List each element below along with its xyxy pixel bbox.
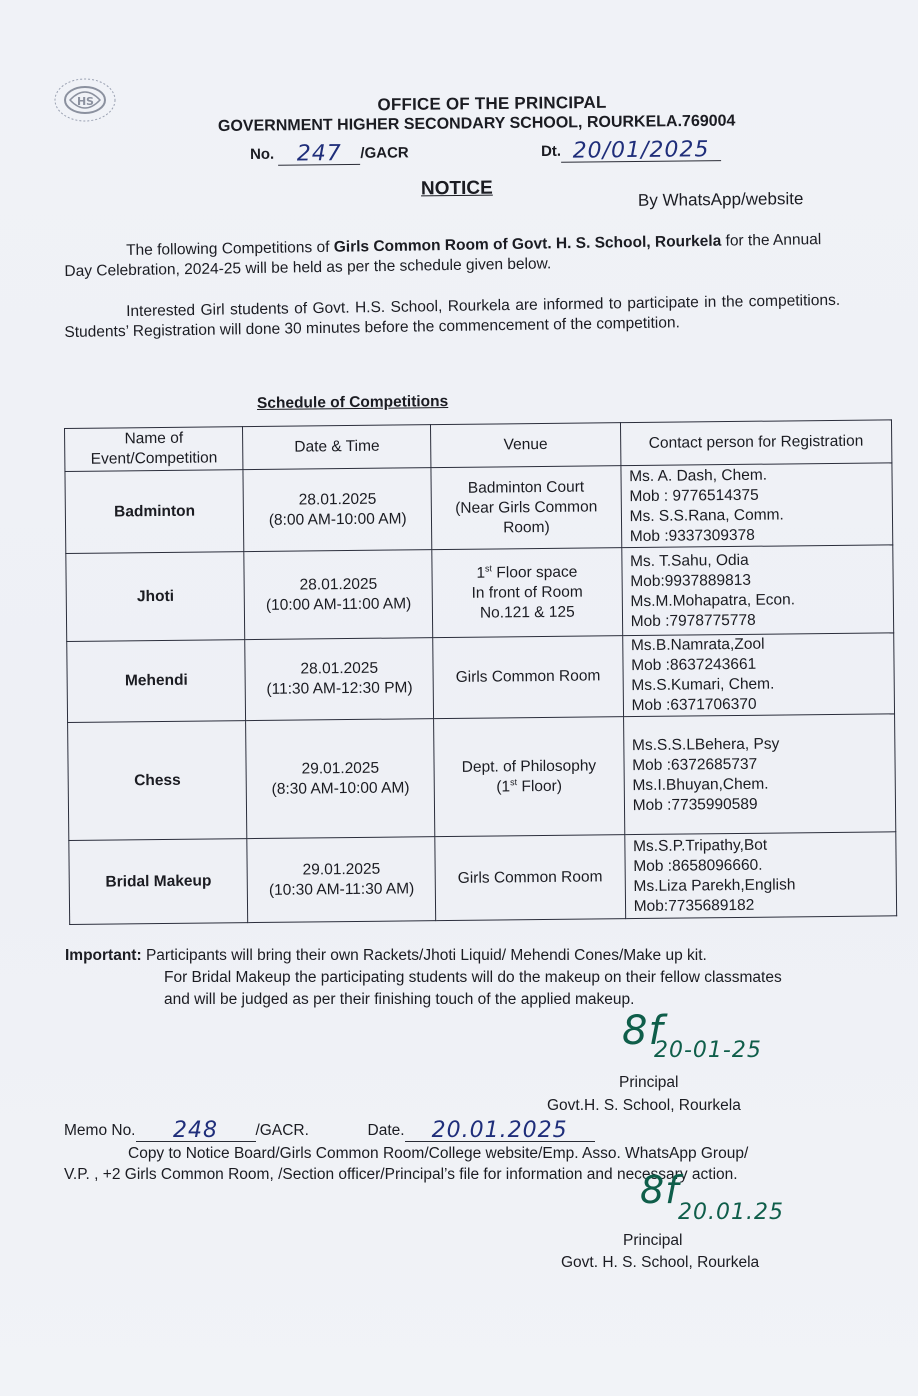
table-row: Mehendi28.01.2025(11:30 AM-12:30 PM)Girl… (67, 633, 895, 723)
date-label: Dt. (541, 143, 561, 160)
col-datetime: Date & Time (243, 425, 431, 470)
distribution-channel: By WhatsApp/website (638, 189, 804, 211)
date-value: 20/01/2025 (572, 137, 709, 163)
col-contact: Contact person for Registration (620, 420, 892, 466)
table-row: Badminton28.01.2025(8:00 AM-10:00 AM)Bad… (65, 463, 893, 554)
memo-suffix: /GACR. (256, 1122, 309, 1139)
notice-page: H S OFFICE OF THE PRINCIPAL GOVERNMENT H… (0, 0, 918, 1396)
important-line-2: For Bridal Makeup the participating stud… (65, 967, 905, 989)
event-venue: Dept. of Philosophy(1st Floor) (434, 717, 625, 837)
signatory-title-2: Principal (623, 1232, 682, 1250)
event-venue: 1st Floor spaceIn front of RoomNo.121 & … (432, 548, 622, 638)
participation-paragraph: Interested Girl students of Govt. H.S. S… (64, 291, 841, 343)
important-label: Important: (65, 947, 142, 964)
memo-date-value: 20.01.2025 (432, 1118, 568, 1143)
col-venue: Venue (431, 423, 621, 468)
event-contacts: Ms.S.P.Tripathy,BotMob :8658096660.Ms.Li… (624, 832, 896, 919)
copy-line-1: Copy to Notice Board/Girls Common Room/C… (64, 1143, 904, 1164)
event-name: Badminton (65, 470, 244, 554)
event-venue: Badminton Court(Near Girls CommonRoom) (431, 466, 621, 550)
memo-label: Memo No. (64, 1122, 136, 1139)
signature-date: 20.01.25 (678, 1200, 784, 1225)
event-datetime: 28.01.2025(11:30 AM-12:30 PM) (245, 638, 433, 721)
intro-text-start: The following Competitions of (126, 239, 334, 259)
event-contacts: Ms.S.S.LBehera, PsyMob :6372685737Ms.I.B… (623, 714, 896, 835)
ref-prefix: No. (250, 146, 274, 163)
important-line-1: Participants will bring their own Racket… (146, 947, 707, 964)
intro-paragraph: The following Competitions of Girls Comm… (64, 230, 841, 282)
schedule-title: Schedule of Competitions (257, 393, 448, 413)
memo-line: Memo No.248/GACR. Date.20.01.2025 (64, 1116, 595, 1142)
event-name: Jhoti (66, 552, 245, 642)
table-row: Jhoti28.01.2025(10:00 AM-11:00 AM)1st Fl… (66, 545, 894, 642)
ref-number: 247 (297, 141, 342, 166)
event-contacts: Ms.B.Namrata,ZoolMob :8637243661Ms.S.Kum… (622, 633, 894, 717)
notice-title: NOTICE (421, 178, 493, 201)
event-venue: Girls Common Room (435, 835, 625, 921)
signatory-school-2: Govt. H. S. School, Rourkela (561, 1254, 759, 1272)
event-venue: Girls Common Room (433, 636, 623, 719)
memo-number-field: 248 (136, 1116, 256, 1142)
table-row: Chess29.01.2025(8:30 AM-10:00 AM)Dept. o… (68, 714, 896, 841)
principal-signature-1: 8f 20-01-25 (618, 1008, 818, 1070)
event-contacts: Ms. A. Dash, Chem.Mob : 9776514375Ms. S.… (621, 463, 893, 548)
important-note: Important: Participants will bring their… (65, 945, 905, 1011)
event-contacts: Ms. T.Sahu, OdiaMob:9937889813Ms.M.Mohap… (621, 545, 893, 636)
memo-date-label: Date. (368, 1122, 405, 1139)
participation-text: Interested Girl students of Govt. H.S. S… (64, 292, 840, 341)
event-name: Bridal Makeup (69, 839, 248, 925)
signatory-title-1: Principal (619, 1074, 678, 1092)
event-name: Mehendi (67, 640, 246, 723)
ref-number-field: 247 (278, 139, 360, 166)
event-datetime: 29.01.2025(8:30 AM-10:00 AM) (246, 719, 435, 839)
school-heading: GOVERNMENT HIGHER SECONDARY SCHOOL, ROUR… (218, 113, 736, 136)
intro-text-bold: Girls Common Room of Govt. H. S. School,… (334, 233, 722, 256)
memo-date-field: 20.01.2025 (405, 1116, 595, 1142)
signature-date: 20-01-25 (654, 1038, 762, 1063)
table-row: Bridal Makeup29.01.2025(10:30 AM-11:30 A… (69, 832, 897, 925)
event-name: Chess (68, 721, 248, 841)
memo-number: 248 (173, 1118, 218, 1143)
event-datetime: 28.01.2025(10:00 AM-11:00 AM) (244, 550, 433, 640)
reference-line: No. 247/GACR Dt.20/01/2025 (250, 135, 721, 166)
event-datetime: 28.01.2025(8:00 AM-10:00 AM) (243, 468, 431, 552)
signatory-school-1: Govt.H. S. School, Rourkela (547, 1097, 741, 1115)
signature-initials: 8f (640, 1168, 680, 1212)
principal-signature-2: 8f 20.01.25 (640, 1172, 840, 1232)
date-field: 20/01/2025 (561, 135, 721, 163)
schedule-table: Name of Event/Competition Date & Time Ve… (64, 419, 897, 925)
ref-suffix: /GACR (360, 144, 409, 162)
col-event: Name of Event/Competition (65, 427, 244, 472)
event-datetime: 29.01.2025(10:30 AM-11:30 AM) (247, 837, 435, 923)
